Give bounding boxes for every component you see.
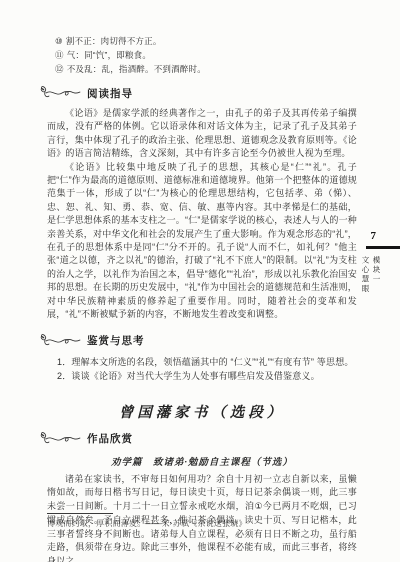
- question-item: 2．谈谈《论语》对当代大学生为人处事有哪些启发及借鉴意义。: [57, 369, 357, 384]
- tab-bar-divider: [366, 246, 400, 249]
- section-header-reading-guide: 阅读指导: [39, 85, 357, 101]
- page-margin-tab: 7 模块一 文心慧眼: [360, 0, 400, 562]
- page-footnote: 博观而约取，厚积而薄发。——宋·苏轼《杂说送张琥》: [47, 513, 357, 529]
- section-title: 鉴赏与思考: [87, 333, 145, 348]
- note-text: 割不正：肉切得不方正。: [66, 36, 162, 46]
- appreciation-questions: 1．理解本文所选的名段，领悟蕴涵其中的 “仁义”“礼”“有度有节” 等思想。 2…: [57, 355, 357, 384]
- page-content: ⑩割不正：肉切得不方正。 ⑪气：同“饩”，即粮食。 ⑫不及乱：乱，指酒醉。不到酒…: [47, 34, 357, 562]
- page-number: 7: [371, 230, 377, 242]
- section-title: 作品欣赏: [87, 431, 133, 446]
- flourish-icon: [39, 333, 83, 349]
- section-header-appreciation: 鉴赏与思考: [39, 333, 357, 349]
- reading-guide-paragraph-1: 《论语》是儒家学派的经典著作之一，由孔子的弟子及其再传弟子编撰而成，没有严格的体…: [47, 107, 357, 161]
- note-text: 不及乱：乱，指酒醉。不到酒醉时。: [67, 64, 206, 74]
- module-label: 模块一: [371, 256, 382, 285]
- work-subtitle: 劝学篇 致诸弟·勉励自主课程（节选）: [47, 454, 357, 468]
- work-title: 曾国藩家书（选段）: [47, 401, 357, 422]
- textbook-page: ⑩割不正：肉切得不方正。 ⑪气：同“饩”，即粮食。 ⑫不及乱：乱，指酒醉。不到酒…: [0, 0, 400, 562]
- question-item: 1．理解本文所选的名段，领悟蕴涵其中的 “仁义”“礼”“有度有节” 等思想。: [57, 355, 357, 370]
- reading-guide-paragraph-2: 《论语》比较集中地反映了孔子的思想，其核心是“仁”“礼”。孔子把“仁”作为最高的…: [47, 161, 357, 322]
- note-item: ⑩割不正：肉切得不方正。: [55, 34, 357, 48]
- footnote-quote: 博观而约取，厚积而薄发。——宋·苏轼《杂说送张琥》: [47, 518, 357, 529]
- module-section-label: 文心慧眼: [360, 256, 371, 295]
- annotation-notes: ⑩割不正：肉切得不方正。 ⑪气：同“饩”，即粮食。 ⑫不及乱：乱，指酒醉。不到酒…: [55, 34, 357, 76]
- note-number: ⑪: [55, 50, 64, 60]
- note-text: 气：同“饩”，即粮食。: [67, 50, 151, 60]
- section-header-work-appreciation: 作品欣赏: [39, 431, 357, 447]
- note-number: ⑫: [55, 64, 64, 74]
- note-number: ⑩: [55, 36, 63, 46]
- note-item: ⑪气：同“饩”，即粮食。: [55, 48, 357, 62]
- flourish-icon: [39, 431, 83, 447]
- section-title: 阅读指导: [87, 86, 133, 101]
- flourish-icon: [39, 85, 83, 101]
- footnote-divider: [47, 513, 113, 514]
- note-item: ⑫不及乱：乱，指酒醉。不到酒醉时。: [55, 62, 357, 76]
- module-tab-text: 模块一 文心慧眼: [360, 256, 382, 295]
